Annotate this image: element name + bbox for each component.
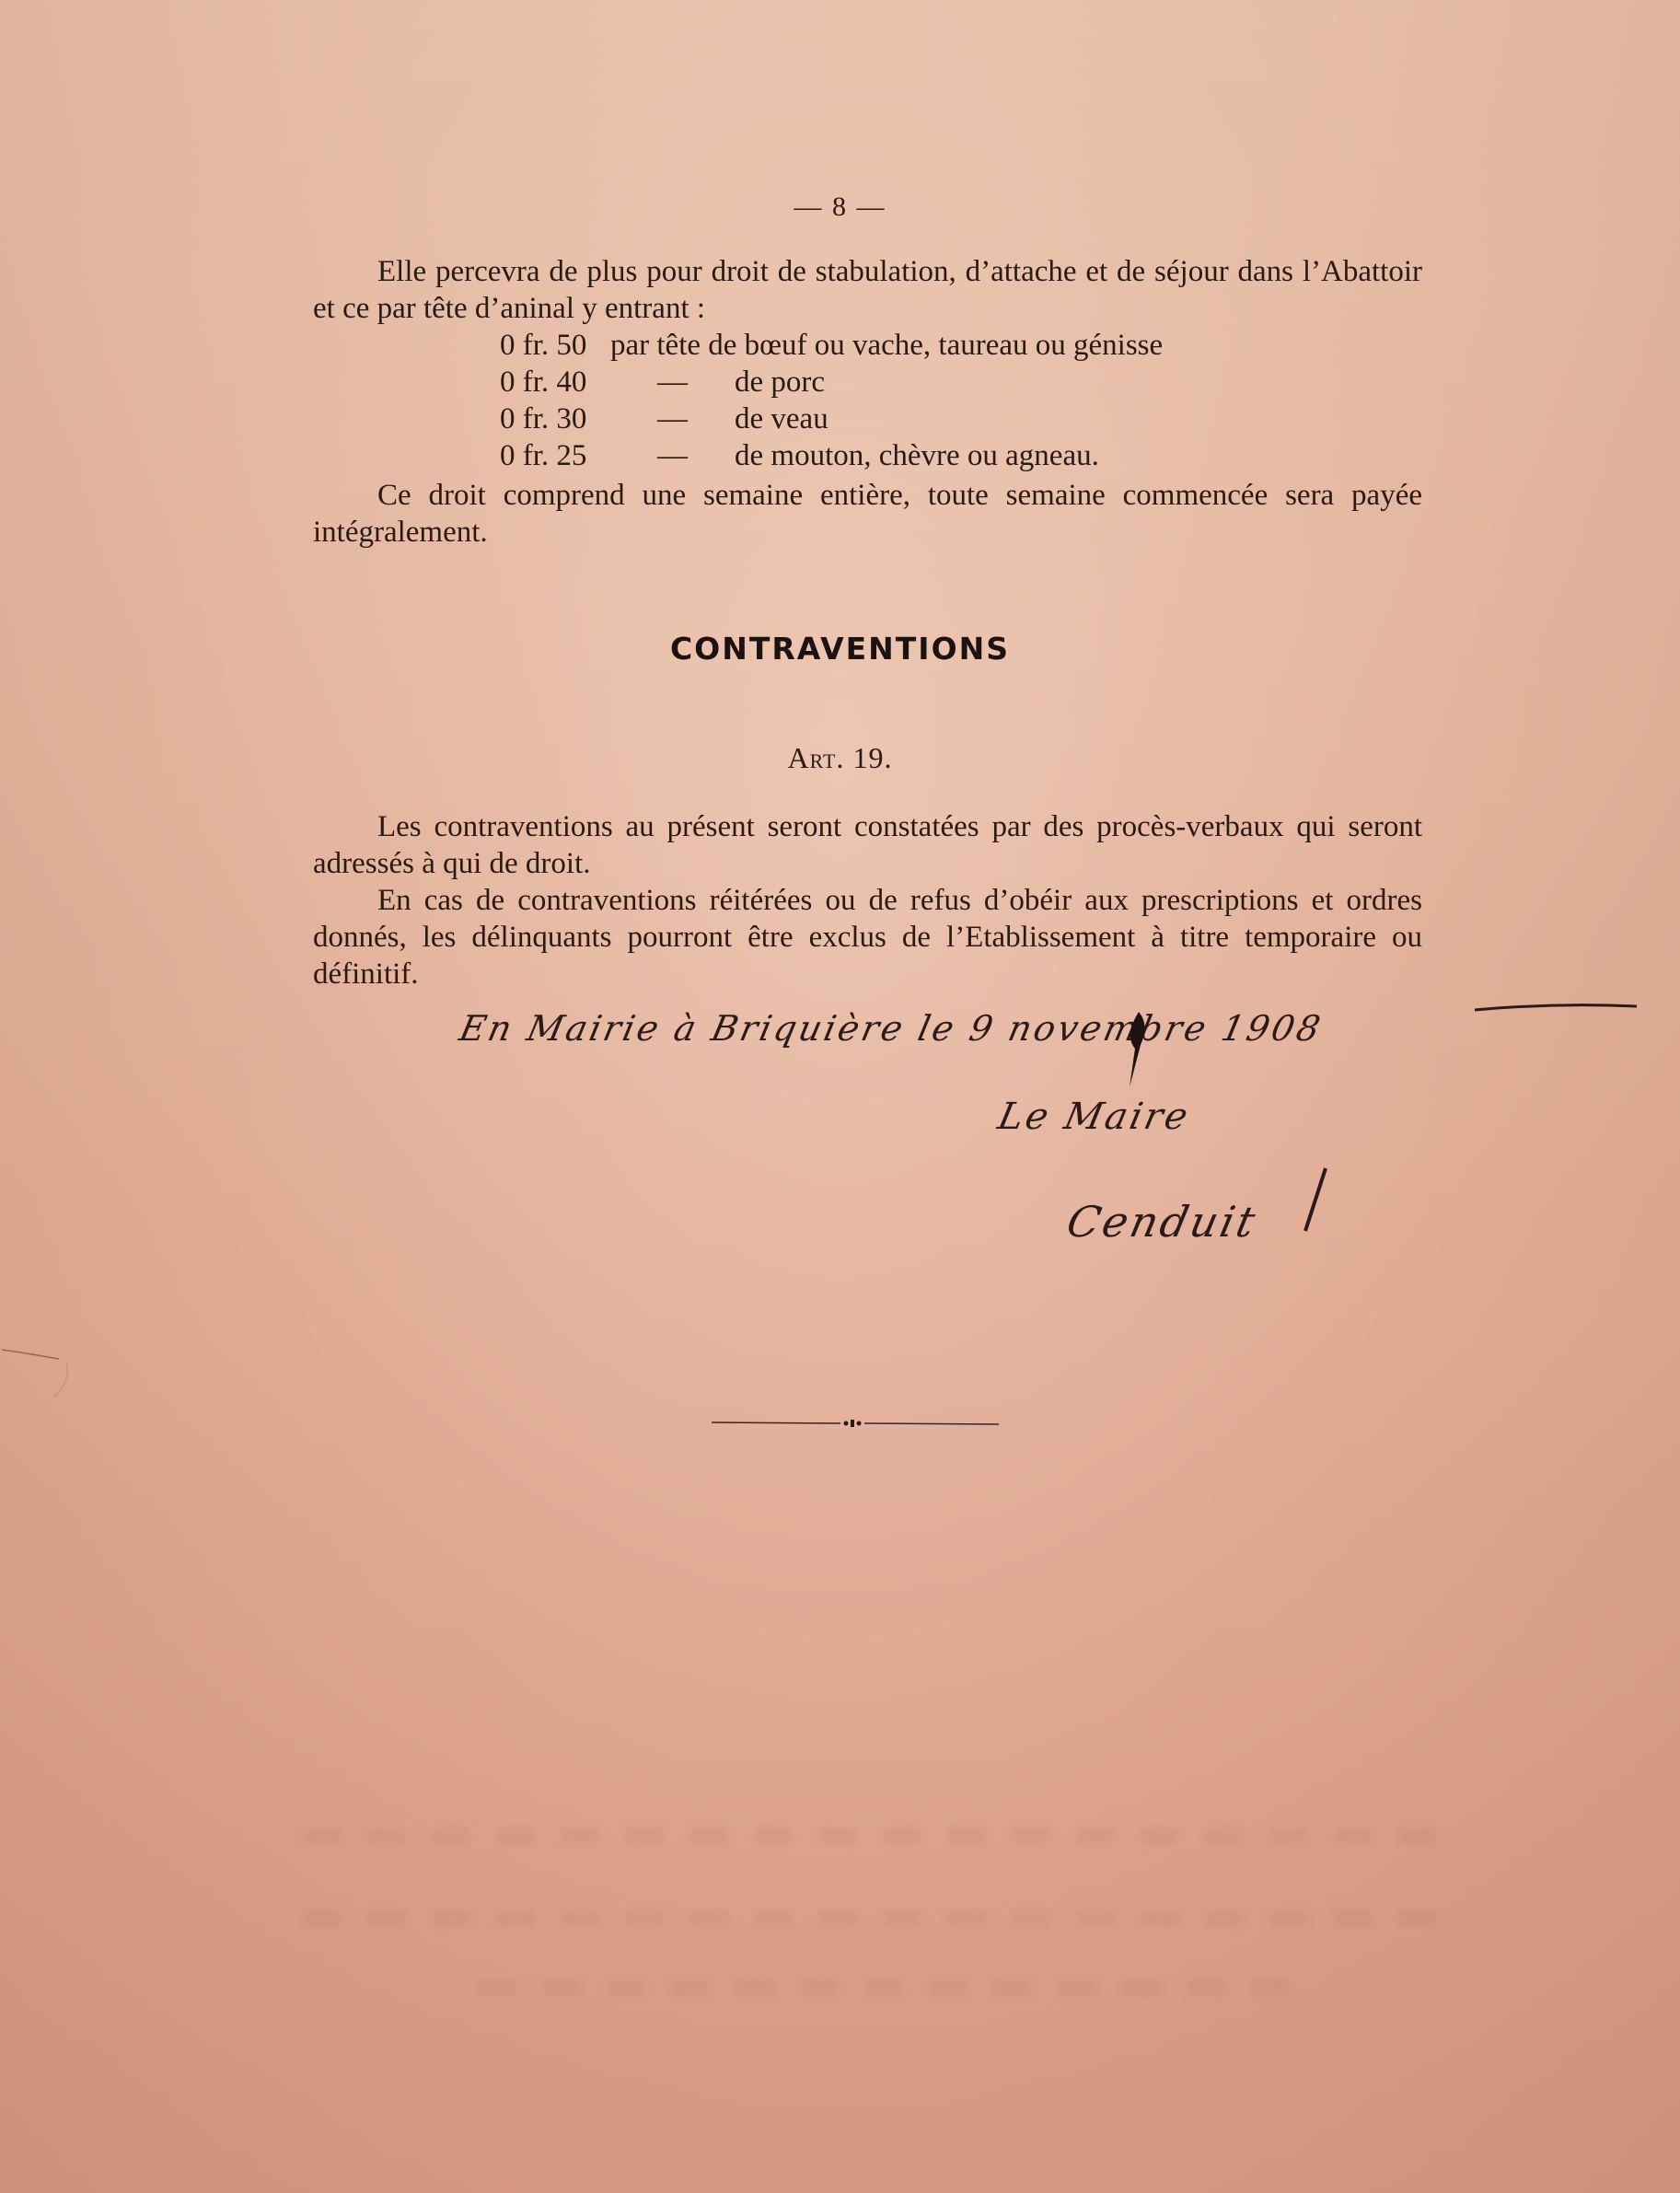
section-heading: CONTRAVENTIONS xyxy=(0,631,1680,667)
tariff-row: 0 fr. 25 — de mouton, chèvre ou agneau. xyxy=(500,437,1163,474)
signature-flourish xyxy=(1289,1165,1335,1238)
tariff-row: 0 fr. 30 — de veau xyxy=(500,400,1163,437)
bleed-through-text xyxy=(304,1910,1454,1927)
stabulation-intro: Elle percevra de plus pour droit de stab… xyxy=(313,253,1422,327)
underline-flourish xyxy=(1473,999,1639,1017)
tariff-row: 0 fr. 50 par tête de bœuf ou vache, taur… xyxy=(500,327,1163,364)
tariff-list: 0 fr. 50 par tête de bœuf ou vache, taur… xyxy=(500,327,1163,474)
article-number: Art. 19. xyxy=(0,741,1680,775)
bleed-through-text xyxy=(479,1979,1307,1996)
handwritten-place-date: En Mairie à Briquière le 9 novembre 1908 xyxy=(456,1008,1326,1049)
tariff-row: 0 fr. 40 — de porc xyxy=(500,364,1163,400)
mayor-signature: Cenduit xyxy=(1062,1197,1262,1247)
page-number: — 8 — xyxy=(0,191,1680,223)
contraventions-paragraph-1: Les contraventions au présent seront con… xyxy=(313,808,1422,882)
paper-scratch-mark xyxy=(0,1344,74,1399)
handwritten-mayor-title: Le Maire xyxy=(994,1096,1194,1138)
ink-blot xyxy=(1118,1008,1155,1091)
bleed-through-text xyxy=(304,1827,1454,1844)
contraventions-paragraph-2: En cas de contraventions réitérées ou de… xyxy=(313,882,1422,992)
end-ornament-divider xyxy=(712,1420,999,1427)
stabulation-note: Ce droit comprend une semaine entière, t… xyxy=(313,477,1422,551)
